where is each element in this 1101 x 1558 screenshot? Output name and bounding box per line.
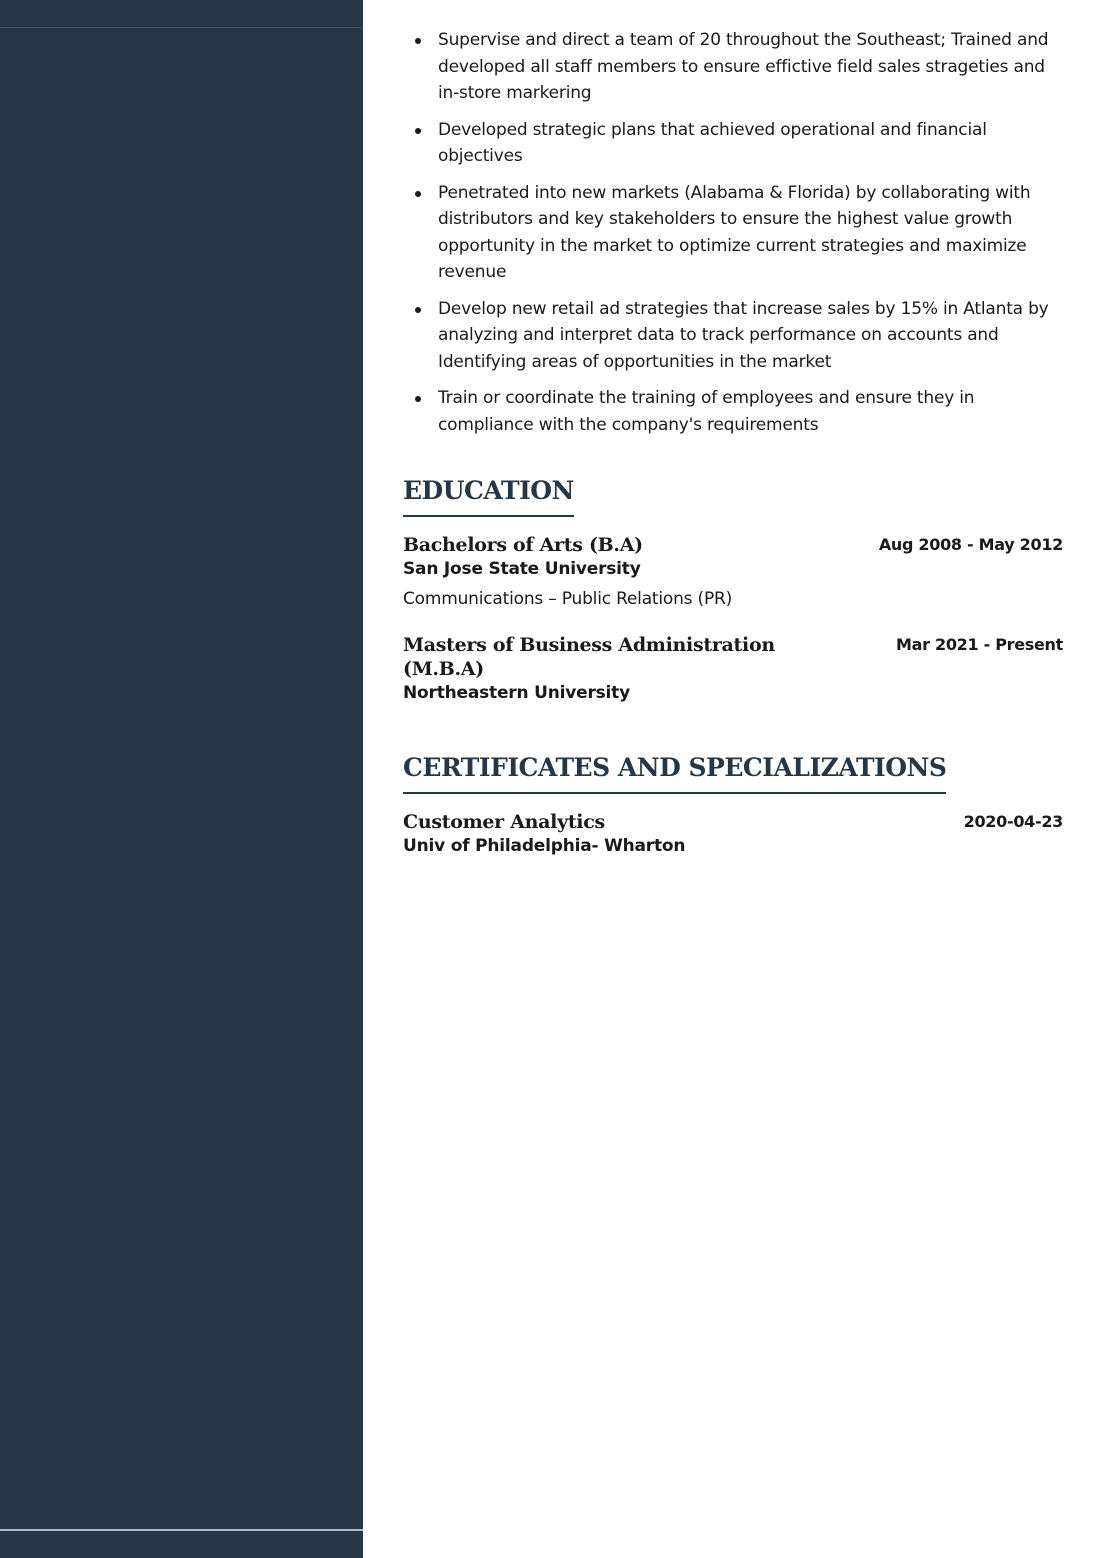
degree-title: Masters of Business Administration (M.B.…	[403, 633, 803, 681]
education-entry: Masters of Business Administration (M.B.…	[403, 633, 1063, 705]
school-name: Northeastern University	[403, 681, 1063, 705]
sidebar-bottom-divider	[0, 1529, 363, 1531]
experience-bullets: Supervise and direct a team of 20 throug…	[403, 27, 1063, 438]
school-name: San Jose State University	[403, 557, 1063, 581]
sidebar-top-divider	[0, 27, 363, 28]
experience-bullet: Supervise and direct a team of 20 throug…	[403, 27, 1063, 107]
certificates-section: CERTIFICATES AND SPECIALIZATIONS Custome…	[403, 753, 1063, 858]
experience-bullet: Penetrated into new markets (Alabama & F…	[403, 180, 1063, 286]
sidebar	[0, 0, 363, 1558]
education-heading: EDUCATION	[403, 476, 574, 517]
education-dates: Mar 2021 - Present	[896, 635, 1063, 654]
education-section: EDUCATION Bachelors of Arts (B.A) Aug 20…	[403, 476, 1063, 705]
education-entry: Bachelors of Arts (B.A) Aug 2008 - May 2…	[403, 533, 1063, 611]
certificate-issuer: Univ of Philadelphia- Wharton	[403, 834, 1063, 858]
experience-bullet: Developed strategic plans that achieved …	[403, 117, 1063, 170]
experience-bullet: Develop new retail ad strategies that in…	[403, 296, 1063, 376]
experience-bullet: Train or coordinate the training of empl…	[403, 385, 1063, 438]
certificate-name: Customer Analytics	[403, 810, 803, 834]
degree-title: Bachelors of Arts (B.A)	[403, 533, 803, 557]
education-dates: Aug 2008 - May 2012	[879, 535, 1063, 554]
main-content: Supervise and direct a team of 20 throug…	[403, 27, 1063, 858]
field-of-study: Communications – Public Relations (PR)	[403, 587, 1063, 611]
certificate-entry: Customer Analytics 2020-04-23 Univ of Ph…	[403, 810, 1063, 858]
certificates-heading: CERTIFICATES AND SPECIALIZATIONS	[403, 753, 946, 794]
certificate-date: 2020-04-23	[964, 812, 1063, 831]
